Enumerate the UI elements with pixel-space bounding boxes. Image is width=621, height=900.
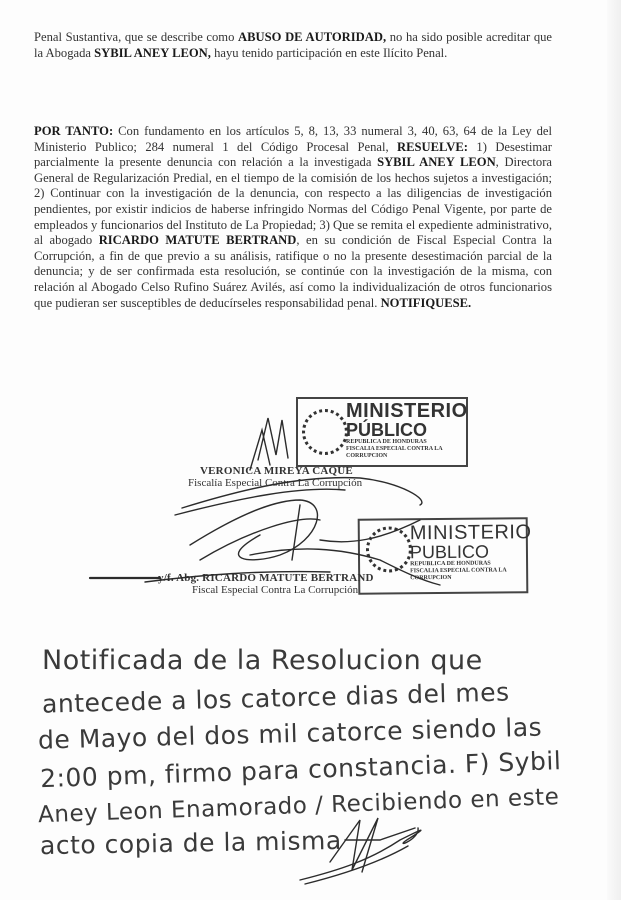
signer-title: Fiscalía Especial Contra La Corrupción	[188, 477, 362, 489]
bold-text: SYBIL ANEY LEON,	[94, 46, 211, 60]
stamp-subtitle: PUBLICO	[410, 542, 532, 561]
signer-name: VERONICA MIREYA CAQUE	[200, 465, 362, 477]
bold-text: ABUSO DE AUTORIDAD,	[238, 30, 386, 44]
bold-text: NOTIFIQUESE.	[381, 296, 472, 310]
text: hayu tenido participación en este Ilícit…	[211, 46, 447, 60]
bold-text: RICARDO MATUTE BERTRAND	[99, 233, 297, 247]
bold-text: RESUELVE:	[397, 140, 468, 154]
seal-icon	[366, 526, 412, 572]
bold-text: SYBIL ANEY LEON	[377, 155, 496, 169]
ministerio-publico-stamp-2: MINISTERIO PUBLICO REPUBLICA DE HONDURAS…	[358, 517, 529, 594]
signature-block-2: y/f. Abg. RICARDO MATUTE BERTRAND Fiscal…	[158, 572, 374, 596]
stamp-office: FISCALIA ESPECIAL CONTRA LA CORRUPCION	[410, 567, 532, 582]
signer-title: Fiscal Especial Contra La Corrupción	[192, 584, 374, 596]
stamp-title: MINISTERIO	[410, 522, 532, 543]
stamp-office: FISCALIA ESPECIAL CONTRA LA CORRUPCION	[346, 446, 468, 460]
stamp-subtitle: PÚBLICO	[346, 421, 468, 439]
stamp-title: MINISTERIO	[346, 401, 468, 421]
paragraph-resolution: POR TANTO: Con fundamento en los artícul…	[34, 124, 552, 311]
ministerio-publico-stamp-1: MINISTERIO PÚBLICO REPUBLICA DE HONDURAS…	[296, 397, 468, 467]
handwritten-notification-note: Notificada de la Resolucion que antecede…	[38, 643, 621, 859]
text: Penal Sustantiva, que se describe como	[34, 30, 238, 44]
bold-text: POR TANTO:	[34, 124, 113, 138]
signer-name: y/f. Abg. RICARDO MATUTE BERTRAND	[158, 572, 374, 584]
stamp-country: REPUBLICA DE HONDURAS	[346, 439, 468, 446]
seal-icon	[302, 409, 348, 455]
signature-block-1: VERONICA MIREYA CAQUE Fiscalía Especial …	[200, 465, 362, 489]
paragraph-abuso-de-autoridad: Penal Sustantiva, que se describe como A…	[34, 30, 552, 61]
